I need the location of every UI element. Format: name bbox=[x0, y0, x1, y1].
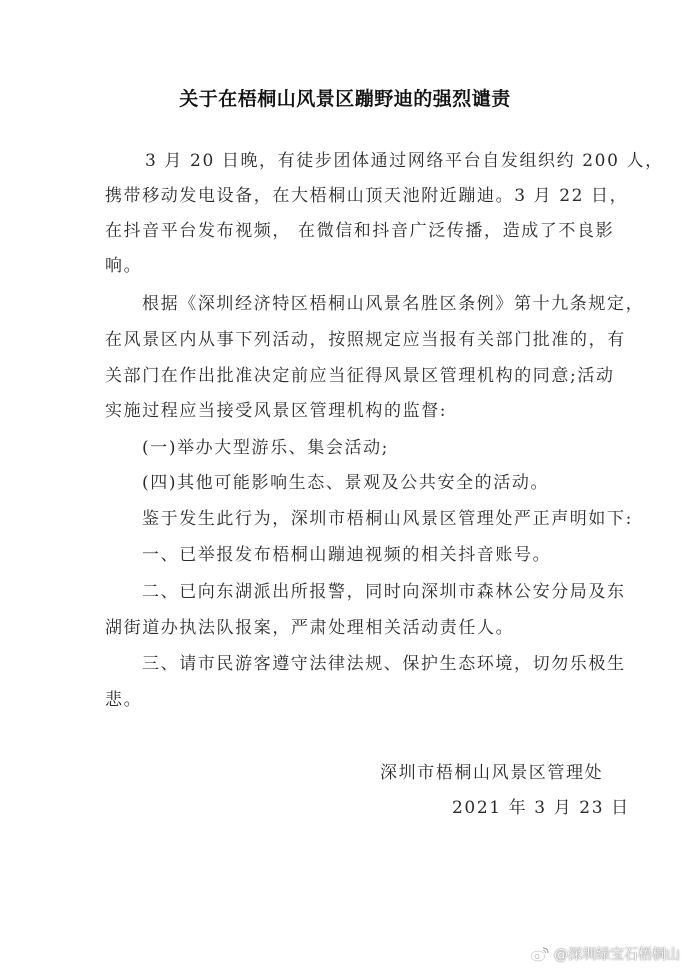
statement-item-2-line-2: 湖街道办执法队报案，严肃处理相关活动责任人。 bbox=[105, 618, 514, 638]
paragraph-1-line-3: 在抖音平台发布视频， 在微信和抖音广泛传播，造成了不良影 bbox=[105, 221, 614, 241]
paragraph-2-line-3: 关部门在作出批准决定前应当征得风景区管理机构的同意;活动 bbox=[105, 366, 615, 386]
list-item-1: (一)举办大型游乐、集会活动; bbox=[142, 438, 389, 458]
paragraph-1-line-4: 响。 bbox=[105, 256, 142, 276]
paragraph-2-line-1: 根据《深圳经济特区梧桐山风景名胜区条例》第十九条规定， bbox=[142, 294, 644, 314]
paragraph-2-line-4: 实施过程应当接受风景区管理机构的监督: bbox=[105, 401, 447, 421]
signature: 深圳市梧桐山风景区管理处 bbox=[380, 763, 603, 783]
paragraph-2-line-2: 在风景区内从事下列活动，按照规定应当报有关部门批准的，有 bbox=[105, 330, 626, 350]
watermark-text: @深圳绿宝石梧桐山 bbox=[554, 944, 680, 964]
document-date: 2021 年 3 月 23 日 bbox=[452, 798, 630, 818]
statement-intro: 鉴于发生此行为，深圳市梧桐山风景区管理处严正声明如下: bbox=[142, 509, 633, 529]
paragraph-1-line-1: 3 月 20 日晚，有徒步团体通过网络平台自发组织约 200 人， bbox=[145, 151, 664, 171]
statement-item-3-line-2: 悲。 bbox=[105, 690, 142, 710]
statement-item-3-line-1: 三、请市民游客遵守法律法规、保护生态环境，切勿乐极生 bbox=[142, 654, 626, 674]
paragraph-1-line-2: 携带移动发电设备，在大梧桐山顶天池附近蹦迪。3 月 22 日， bbox=[105, 186, 628, 206]
document-title: 关于在梧桐山风景区蹦野迪的强烈谴责 bbox=[0, 84, 690, 111]
statement-item-1: 一、已举报发布梧桐山蹦迪视频的相关抖音账号。 bbox=[142, 545, 551, 565]
list-item-4: (四)其他可能影响生态、景观及公共安全的活动。 bbox=[142, 473, 549, 493]
statement-item-2-line-1: 二、已向东湖派出所报警，同时向深圳市森林公安分局及东 bbox=[142, 582, 626, 602]
weibo-icon bbox=[530, 946, 550, 962]
weibo-watermark: @深圳绿宝石梧桐山 bbox=[530, 944, 680, 964]
